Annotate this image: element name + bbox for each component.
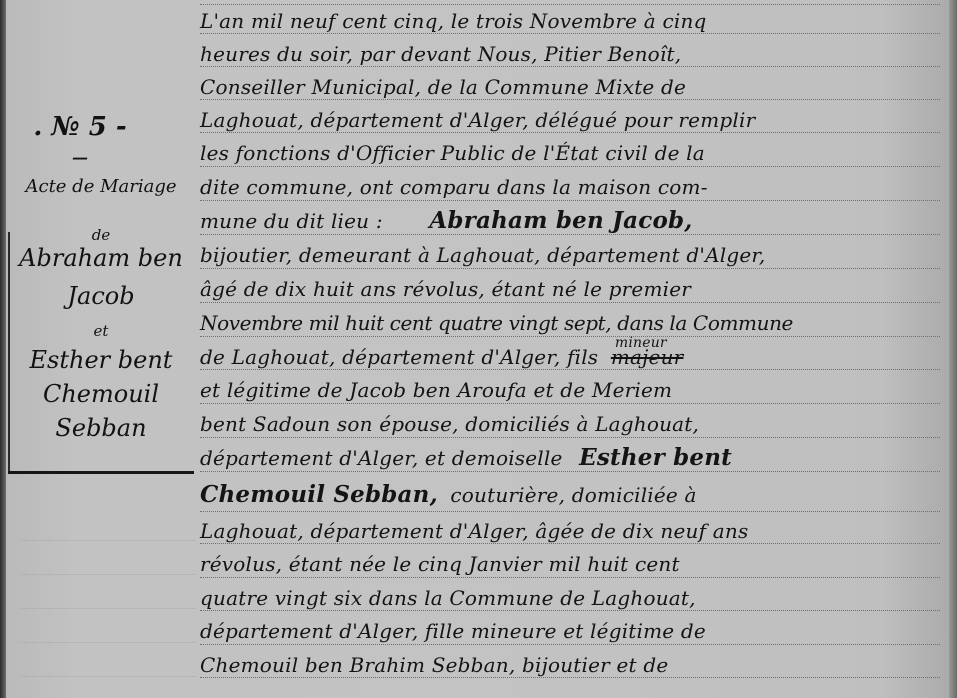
text-line: Laghouat, département d'Alger, délégué p… — [200, 107, 940, 133]
text-line-with-bride: Chemouil Sebban, couturière, domiciliée … — [200, 482, 940, 508]
text-line-with-correction: de Laghouat, département d'Alger, fils m… — [200, 344, 940, 370]
act-title: Acte de Mariage — [6, 176, 196, 197]
text-line: Novembre mil huit cent quatre vingt sept… — [200, 310, 940, 336]
margin-ruled-line — [20, 540, 195, 542]
text-line: Conseiller Municipal, de la Commune Mixt… — [200, 74, 940, 100]
groom-name: Abraham ben Jacob, — [429, 207, 692, 234]
page-right-edge — [949, 0, 957, 698]
act-number-dash: — — [20, 148, 140, 167]
margin-ruled-line — [20, 608, 195, 610]
ruled-line — [200, 437, 940, 439]
margin-ruled-line — [20, 642, 195, 644]
bride-name-line1: Esther bent — [6, 346, 196, 374]
text-line: et légitime de Jacob ben Aroufa et de Me… — [200, 377, 940, 403]
bride-name-part2: Chemouil Sebban, — [200, 481, 438, 508]
bride-name-part1: Esther bent — [579, 444, 732, 471]
margin-et: et — [6, 322, 196, 340]
ruled-line — [200, 403, 940, 405]
inserted-correction: mineur — [615, 330, 667, 356]
text-line: quatre vingt six dans la Commune de Lagh… — [200, 585, 940, 611]
text-fragment: de Laghouat, département d'Alger, fils — [200, 345, 598, 369]
margin-ruled-line — [20, 574, 195, 576]
text-line: L'an mil neuf cent cinq, le trois Novemb… — [200, 8, 940, 34]
text-line: bent Sadoun son épouse, domiciliés à Lag… — [200, 411, 940, 437]
ruled-line — [200, 200, 940, 202]
text-fragment: département d'Alger, et demoiselle — [200, 446, 563, 470]
text-line: département d'Alger, fille mineure et lé… — [200, 618, 940, 644]
ruled-line — [200, 4, 940, 6]
groom-name-line2: Jacob — [6, 282, 196, 310]
text-line: Chemouil ben Brahim Sebban, bijoutier et… — [200, 652, 940, 678]
text-fragment: couturière, domiciliée à — [450, 483, 696, 507]
text-line: dite commune, ont comparu dans la maison… — [200, 174, 940, 200]
text-line: les fonctions d'Officier Public de l'Éta… — [200, 140, 940, 166]
text-line-with-groom: mune du dit lieu : Abraham ben Jacob, — [200, 208, 940, 234]
text-line-with-bride: département d'Alger, et demoiselle Esthe… — [200, 445, 940, 471]
ruled-line — [200, 302, 940, 304]
margin-ruled-line — [20, 676, 195, 678]
text-line: Laghouat, département d'Alger, âgée de d… — [200, 518, 940, 544]
groom-name-line1: Abraham ben — [6, 244, 196, 272]
text-line: bijoutier, demeurant à Laghouat, départe… — [200, 242, 940, 268]
text-line: révolus, étant née le cinq Janvier mil h… — [200, 551, 940, 577]
ruled-line — [200, 268, 940, 270]
margin-de: de — [6, 226, 196, 244]
ruled-line — [200, 234, 940, 236]
act-number: . № 5 - — [20, 112, 140, 142]
text-line: heures du soir, par devant Nous, Pitier … — [200, 41, 940, 67]
bride-name-line3: Sebban — [6, 414, 196, 442]
bride-name-line2: Chemouil — [6, 380, 196, 408]
register-page: . № 5 - — Acte de Mariage de Abraham ben… — [0, 0, 957, 698]
ruled-line — [200, 577, 940, 579]
ruled-line — [200, 471, 940, 473]
text-fragment: mune du dit lieu : — [200, 209, 383, 233]
text-line: âgé de dix huit ans révolus, étant né le… — [200, 276, 940, 302]
ruled-line — [200, 511, 940, 513]
margin-separator-line — [8, 471, 194, 474]
ruled-line — [200, 166, 940, 168]
ruled-line — [200, 336, 940, 338]
ruled-line — [200, 644, 940, 646]
